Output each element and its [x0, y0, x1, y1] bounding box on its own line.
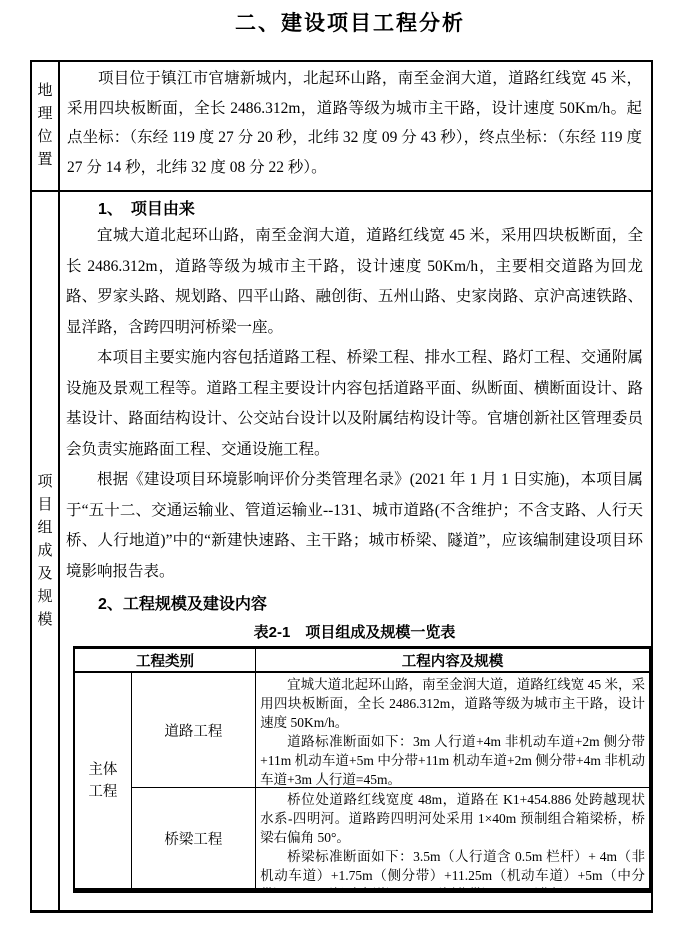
project-scale-table: 工程类别 工程内容及规模 主体工程 道路工程 宜城大道北起环山路，南至金润大道，…: [73, 646, 651, 893]
header-category-cell: 工程类别: [74, 648, 256, 673]
document-page: 二、建设项目工程分析 地理位置 项目位于镇江市官塘新城内，北起环山路，南至金润大…: [0, 0, 700, 935]
project-row: 项目组成及规模 1、 项目由来 宜城大道北起环山路，南至金润大道，道路红线宽 4…: [32, 192, 651, 910]
outer-table: 地理位置 项目位于镇江市官塘新城内，北起环山路，南至金润大道，道路红线宽 45 …: [30, 60, 653, 913]
geo-label-cell: 地理位置: [32, 62, 60, 190]
geo-label: 地理位置: [37, 80, 53, 172]
section-1-paragraph-1: 宜城大道北起环山路，南至金润大道，道路红线宽 45 米，采用四块板断面，全长 2…: [66, 221, 643, 343]
page-title: 二、建设项目工程分析: [0, 7, 700, 37]
road-works-paragraph-1: 宜城大道北起环山路，南至金润大道，道路红线宽 45 米，采用四块板断面，全长 2…: [260, 675, 645, 732]
section-2-heading: 2、工程规模及建设内容: [98, 594, 643, 616]
bridge-works-label: 桥梁工程: [131, 788, 255, 891]
road-works-label: 道路工程: [131, 672, 255, 788]
project-label-cell: 项目组成及规模: [32, 192, 60, 910]
section-1-paragraph-3: 根据《建设项目环境影响评价分类管理名录》(2021 年 1 月 1 日实施)，本…: [66, 465, 643, 587]
project-label: 项目组成及规模: [37, 471, 53, 632]
road-works-paragraph-2: 道路标准断面如下：3m 人行道+4m 非机动车道+2m 侧分带+11m 机动车道…: [260, 732, 645, 787]
geo-text: 项目位于镇江市官塘新城内，北起环山路，南至金润大道，道路红线宽 45 米，采用四…: [67, 64, 642, 182]
main-works-group-cell: 主体工程: [74, 672, 131, 891]
road-works-row: 主体工程 道路工程 宜城大道北起环山路，南至金润大道，道路红线宽 45 米，采用…: [74, 672, 650, 788]
road-works-content-cell: 宜城大道北起环山路，南至金润大道，道路红线宽 45 米，采用四块板断面，全长 2…: [256, 672, 650, 788]
header-content-cell: 工程内容及规模: [256, 648, 650, 673]
geo-content-cell: 项目位于镇江市官塘新城内，北起环山路，南至金润大道，道路红线宽 45 米，采用四…: [60, 62, 651, 190]
table-2-1-caption: 表2-1 项目组成及规模一览表: [66, 623, 643, 643]
bridge-works-row: 桥梁工程 桥位处道路红线宽度 48m，道路在 K1+454.886 处跨越现状水…: [74, 788, 650, 891]
road-works-content: 宜城大道北起环山路，南至金润大道，道路红线宽 45 米，采用四块板断面，全长 2…: [256, 673, 649, 787]
section-1-heading: 1、 项目由来: [98, 199, 643, 221]
section-1-paragraph-2: 本项目主要实施内容包括道路工程、桥梁工程、排水工程、路灯工程、交通附属设施及景观…: [66, 343, 643, 465]
bridge-works-paragraph-2: 桥梁标准断面如下：3.5m（人行道含 0.5m 栏杆）+ 4m（非机动车道）+1…: [260, 847, 645, 888]
bridge-works-content-cell: 桥位处道路红线宽度 48m，道路在 K1+454.886 处跨越现状水系-四明河…: [256, 788, 650, 891]
project-content-cell: 1、 项目由来 宜城大道北起环山路，南至金润大道，道路红线宽 45 米，采用四块…: [60, 192, 651, 910]
bridge-works-content: 桥位处道路红线宽度 48m，道路在 K1+454.886 处跨越现状水系-四明河…: [256, 788, 649, 888]
geo-row: 地理位置 项目位于镇江市官塘新城内，北起环山路，南至金润大道，道路红线宽 45 …: [32, 62, 651, 192]
main-works-group-label: 主体工程: [88, 759, 117, 803]
bridge-works-paragraph-1: 桥位处道路红线宽度 48m，道路在 K1+454.886 处跨越现状水系-四明河…: [260, 790, 645, 847]
scale-table-header-row: 工程类别 工程内容及规模: [74, 648, 650, 673]
